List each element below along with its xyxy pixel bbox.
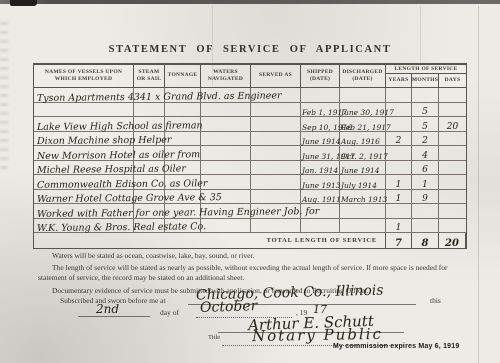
scanned-document: STATEMENT OF SERVICE OF APPLICANT Names … [0, 0, 500, 363]
shipped-cell: Feb 1, 1917 [301, 103, 340, 117]
waters-cell [201, 103, 251, 117]
table-header: Names of vessels upon which employed Ste… [34, 65, 466, 88]
tonnage-cell [165, 103, 201, 117]
days-cell: 20 [439, 117, 466, 131]
days-cell [439, 204, 466, 218]
scan-edge-bar [0, 0, 500, 4]
col-header-shipped-date: Shipped (date) [301, 65, 340, 87]
handwritten-date: June 1913 [302, 181, 341, 190]
handwritten-number: 1 [386, 194, 411, 204]
discharged-cell [340, 219, 386, 233]
col-header-steam-or-sail: Steam or sail [134, 65, 165, 87]
months-cell: 2 [412, 132, 439, 146]
subcol-years: Years [386, 74, 412, 87]
years-cell [386, 204, 412, 218]
shipped-cell: Aug. 1911 [301, 190, 340, 204]
handwritten-entry: Dixon Machine shop Helper [37, 135, 172, 147]
total-length-of-service-label: Total Length of Service [34, 233, 386, 248]
vessel-name-cell: Warner Hotel Cottage Grove Ave & 35 [34, 190, 134, 204]
months-cell: 5 [412, 117, 439, 131]
months-cell: 4 [412, 146, 439, 160]
fold-line [420, 6, 421, 66]
years-cell: 1 [386, 219, 412, 233]
handwritten-entry: Warner Hotel Cottage Grove Ave & 35 [37, 192, 222, 205]
col-header-tonnage: Tonnage [165, 65, 201, 87]
served-as-cell [251, 190, 301, 204]
waters-cell [201, 219, 251, 233]
commission-expiry-stamp: My commission expires May 6, 1919 [333, 343, 459, 350]
vessel-name-cell: Commonwealth Edison Co. as Oiler [34, 175, 134, 189]
total-years-cell: 7 [386, 233, 412, 248]
handwritten-date: June 1914 [302, 137, 341, 146]
handwritten-number: 6 [412, 165, 438, 175]
handwritten-entry: New Morrison Hotel as oiler from [37, 149, 200, 162]
handwritten-date: June 30, 1917 [341, 108, 394, 117]
handwritten-number: 5 [412, 122, 438, 132]
shipped-cell: June 1914 [301, 132, 340, 146]
handwritten-total-months: 8 [412, 238, 438, 249]
months-cell: 5 [412, 103, 439, 117]
discharged-cell: March 1913 [340, 190, 386, 204]
title-label: Title [208, 334, 220, 341]
handwritten-entry: Commonwealth Edison Co. as Oiler [37, 178, 208, 191]
total-days-cell: 20 [439, 233, 466, 248]
waters-cell [201, 117, 251, 131]
discharged-cell: Aug. 1916 [340, 132, 386, 146]
handwritten-entry: Lake View High School as fireman [37, 120, 203, 133]
vessel-name-cell [34, 103, 134, 117]
vessel-name-cell: New Morrison Hotel as oiler from [34, 146, 134, 160]
years-cell [386, 146, 412, 160]
handwritten-number: 1 [386, 223, 411, 233]
handwritten-date: Aug. 1911 [302, 195, 341, 204]
handwritten-number: 9 [412, 194, 438, 204]
days-cell [439, 175, 466, 189]
total-months-cell: 8 [412, 233, 439, 248]
served-as-cell [251, 175, 301, 189]
shipped-cell: Sep 10, 1916 [301, 117, 340, 131]
days-cell [439, 132, 466, 146]
months-cell [412, 204, 439, 218]
days-cell [439, 103, 466, 117]
col-header-vessel-names: Names of vessels upon which employed [34, 65, 134, 87]
sworn-suffix: this [430, 296, 441, 305]
handwritten-month: October [200, 298, 258, 316]
months-cell: 6 [412, 161, 439, 175]
service-table: Names of vessels upon which employed Ste… [33, 63, 467, 249]
discharged-cell [340, 204, 386, 218]
discharged-cell: June 30, 1917 [340, 103, 386, 117]
page-title: STATEMENT OF SERVICE OF APPLICANT [0, 44, 500, 55]
handwritten-entry: Tyson Apartments 4341 x Grand Blvd. as E… [37, 90, 282, 104]
handwritten-entry: Michel Reese Hospital as Oiler [37, 163, 186, 176]
total-row: Total Length of Service 7 8 20 [34, 233, 466, 248]
shipped-cell [301, 88, 340, 102]
handwritten-total-years: 7 [386, 238, 411, 249]
waters-cell [201, 161, 251, 175]
months-cell: 1 [412, 175, 439, 189]
served-as-cell [251, 219, 301, 233]
vessel-name-cell: Worked with Father for one year. Having … [34, 204, 134, 218]
handwritten-number: 2 [412, 136, 438, 146]
years-cell: 2 [386, 132, 412, 146]
served-as-cell [251, 146, 301, 160]
days-cell [439, 146, 466, 160]
vessel-name-cell: Lake View High School as fireman [34, 117, 134, 131]
vessel-name-cell: Dixon Machine shop Helper [34, 132, 134, 146]
day-underline [78, 316, 150, 317]
discharged-cell: June 1914 [340, 161, 386, 175]
col-header-waters-navigated: Waters navigated [201, 65, 251, 87]
discharged-cell [340, 88, 386, 102]
handwritten-date: Aug. 1916 [341, 137, 380, 146]
subcol-days: Days [439, 74, 466, 87]
table-row: Warner Hotel Cottage Grove Ave & 35 Aug.… [34, 190, 466, 205]
handwritten-total-days: 20 [439, 238, 465, 249]
years-cell: 1 [386, 175, 412, 189]
handwritten-number: 1 [386, 180, 411, 190]
table-row: Commonwealth Edison Co. as Oiler June 19… [34, 175, 466, 190]
table-row: Dixon Machine shop Helper June 1914 Aug.… [34, 132, 466, 147]
col-header-length-of-service: Length of Service Years Months Days [386, 65, 466, 87]
fold-line [478, 6, 479, 363]
subcol-months: Months [412, 74, 439, 87]
table-row: New Morrison Hotel as oiler from June 31… [34, 146, 466, 161]
scan-edge-mark [10, 0, 37, 6]
handwritten-number: 2 [386, 136, 411, 146]
discharged-cell: Oct. 2, 1917 [340, 146, 386, 160]
col-header-served-as: Served as [251, 65, 301, 87]
handwritten-entry: W.K. Young & Bros. Real estate Co. [37, 221, 206, 234]
shipped-cell [301, 219, 340, 233]
shipped-cell: June 31, 1917 [301, 146, 340, 160]
discharged-cell: Feb 21, 1917 [340, 117, 386, 131]
shipped-cell: June 1913 [301, 175, 340, 189]
discharged-cell: July 1914 [340, 175, 386, 189]
waters-cell [201, 146, 251, 160]
handwritten-entry: Worked with Father for one year. Having … [37, 206, 319, 220]
months-cell: 9 [412, 190, 439, 204]
handwritten-date: Feb 21, 1917 [341, 123, 391, 132]
served-as-cell [251, 161, 301, 175]
served-as-cell [251, 103, 301, 117]
handwritten-number: 4 [412, 151, 438, 161]
handwritten-date: July 1914 [341, 181, 377, 190]
steam-cell [134, 103, 165, 117]
length-of-service-subheaders: Years Months Days [386, 74, 466, 87]
months-cell [412, 219, 439, 233]
handwritten-number: 5 [412, 107, 438, 117]
handwritten-number: 1 [412, 180, 438, 190]
vessel-name-cell: Michel Reese Hospital as Oiler [34, 161, 134, 175]
days-cell [439, 161, 466, 175]
handwritten-date: June 1914 [341, 166, 380, 175]
days-cell [439, 88, 466, 102]
waters-cell [201, 175, 251, 189]
handwritten-day: 2nd [96, 302, 119, 316]
years-cell [386, 88, 412, 102]
years-cell [386, 161, 412, 175]
note-waters: Waters will be stated as ocean, coastwis… [38, 251, 464, 261]
days-cell [439, 219, 466, 233]
days-cell [439, 190, 466, 204]
table-row: Lake View High School as fireman Sep 10,… [34, 117, 466, 132]
day-of-label: day of [160, 308, 179, 317]
months-cell [412, 88, 439, 102]
table-row: W.K. Young & Bros. Real estate Co. 1 [34, 219, 466, 234]
vessel-name-cell: Tyson Apartments 4341 x Grand Blvd. as E… [34, 88, 134, 102]
shipped-cell: Jan. 1914 [301, 161, 340, 175]
handwritten-date: Oct. 2, 1917 [341, 152, 388, 161]
table-row: Tyson Apartments 4341 x Grand Blvd. as E… [34, 88, 466, 103]
table-row: Feb 1, 1917 June 30, 1917 5 [34, 103, 466, 118]
handwritten-number: 20 [439, 122, 466, 132]
table-row: Michel Reese Hospital as Oiler Jan. 1914… [34, 161, 466, 176]
table-row: Worked with Father for one year. Having … [34, 204, 466, 219]
length-of-service-label: Length of Service [386, 65, 466, 74]
served-as-cell [251, 117, 301, 131]
col-header-discharged-date: Discharged (date) [340, 65, 386, 87]
waters-cell [201, 132, 251, 146]
years-cell: 1 [386, 190, 412, 204]
handwritten-date: March 1913 [341, 195, 387, 204]
handwritten-date: Jan. 1914 [302, 166, 338, 175]
vessel-name-cell: W.K. Young & Bros. Real estate Co. [34, 219, 134, 233]
served-as-cell [251, 132, 301, 146]
note-length-of-service: The length of service will be stated as … [38, 263, 464, 283]
